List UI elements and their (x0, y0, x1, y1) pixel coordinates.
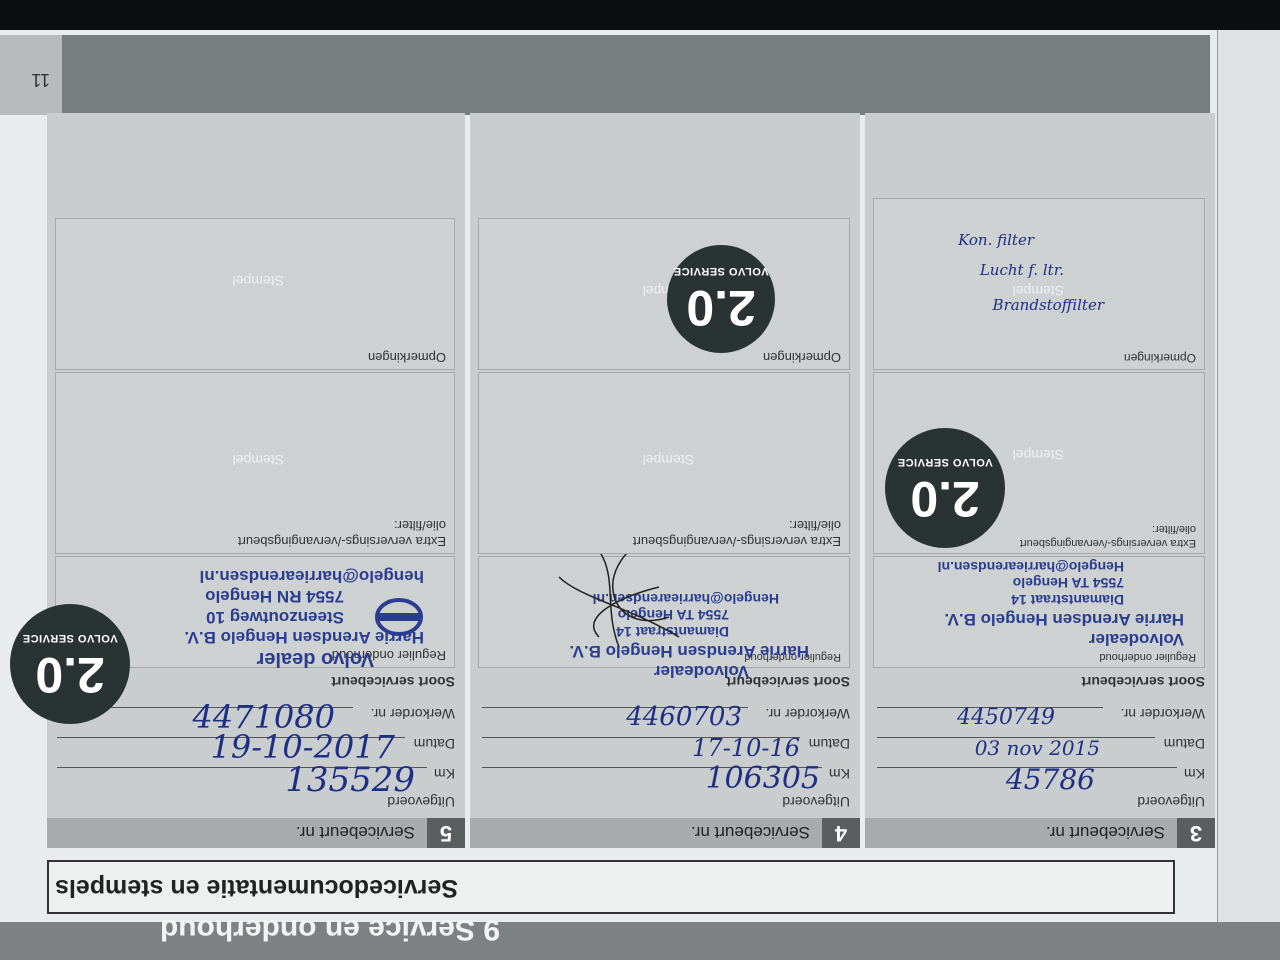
card-header: 3 Servicebeurt nr. (865, 818, 1215, 848)
stamp-line: 7554 TA Hengelo (938, 575, 1184, 592)
next-page-edge (1217, 30, 1280, 960)
card-header: 4 Servicebeurt nr. (470, 818, 860, 848)
service-card-3: 3 Servicebeurt nr. Uitgevoerd Km 45786 D… (865, 113, 1215, 848)
stamp-line: Volvo dealer (184, 647, 424, 671)
oil-filter-label: olie/filter: (1152, 523, 1196, 535)
stamp-placeholder: Stempel (1013, 447, 1064, 463)
remarks-label: Opmerkingen (1124, 351, 1196, 365)
executed-label: Uitgevoerd (1137, 794, 1205, 810)
page-number: 11 (31, 69, 50, 90)
page-title: Servicedocumentatie en stempels (55, 873, 458, 902)
service-card-5: 5 Servicebeurt nr. Uitgevoerd Km 135529 … (47, 113, 465, 848)
date-value: 17-10-16 (692, 734, 800, 762)
stamp-line: Diamantstraat 14 (938, 591, 1184, 608)
km-value: 106305 (705, 761, 820, 796)
badge-version: 2.0 (667, 283, 775, 333)
remark-line: Lucht f. ltr. (980, 261, 1064, 279)
stamp-line: Harrie Arendsen Hengelo B.V. (938, 608, 1184, 628)
stamp-placeholder: Stempel (233, 273, 284, 289)
extra-label: Extra verversings-/vervangingsbeurt (633, 534, 841, 549)
badge-label: VOLVO SERVICE (667, 265, 775, 277)
oil-filter-label: olie/filter: (789, 518, 841, 533)
regular-box: Regulier onderhoud Volvodealer Harrie Ar… (478, 556, 850, 668)
volvo-logo-icon (374, 597, 424, 637)
date-label: Datum (1164, 736, 1205, 752)
executed-label: Uitgevoerd (782, 794, 850, 810)
work-order-label: Werkorder nr. (765, 706, 850, 722)
work-order-label: Werkorder nr. (370, 706, 455, 722)
badge-version: 2.0 (885, 474, 1005, 524)
km-label: Km (829, 766, 850, 782)
service-number: 4 (822, 818, 860, 848)
badge-label: VOLVO SERVICE (10, 632, 130, 644)
card-header: 5 Servicebeurt nr. (47, 818, 465, 848)
volvo-service-badge: 2.0 VOLVO SERVICE (10, 604, 130, 724)
oil-filter-label: olie/filter: (394, 518, 446, 533)
km-value: 135529 (285, 760, 415, 800)
remarks-box: Opmerkingen Stempel (55, 218, 455, 370)
card-title: Servicebeurt nr. (691, 822, 810, 842)
regular-label: Regulier onderhoud (1099, 651, 1196, 663)
service-type-label: Soort servicebeurt (1081, 674, 1205, 690)
card-title: Servicebeurt nr. (1046, 822, 1165, 842)
work-order-value: 4471080 (192, 698, 335, 736)
service-card-4: 4 Servicebeurt nr. Uitgevoerd Km 106305 … (470, 113, 860, 848)
stamp-placeholder: Stempel (643, 452, 694, 468)
stamp-line: Volvodealer (569, 661, 809, 681)
km-value: 45786 (1006, 763, 1095, 796)
work-order-label: Werkorder nr. (1120, 706, 1205, 722)
stamp-line: Hengelo@harriearendsen.nl (938, 558, 1184, 575)
remark-line: Kon. filter (958, 231, 1034, 249)
service-type-label: Soort servicebeurt (331, 674, 455, 690)
service-number: 3 (1177, 818, 1215, 848)
section-header: 9 Service en onderhoud (160, 912, 500, 946)
dealer-stamp: Volvodealer Harrie Arendsen Hengelo B.V.… (938, 558, 1184, 649)
km-label: Km (1184, 766, 1205, 782)
card-title: Servicebeurt nr. (296, 822, 415, 842)
work-order-value: 4460703 (626, 702, 742, 732)
extra-label: Extra verversings-/vervangingsbeurt (238, 534, 446, 549)
footer-band (50, 35, 1210, 115)
stamp-line: Volvodealer (938, 629, 1184, 649)
badge-label: VOLVO SERVICE (885, 456, 1005, 468)
extra-box: Extra verversings-/vervangingsbeurt olie… (55, 372, 455, 554)
stamp-placeholder: Stempel (233, 452, 284, 468)
section-header-band: 9 Service en onderhoud (0, 922, 1280, 960)
volvo-service-badge: 2.0 VOLVO SERVICE (667, 245, 775, 353)
date-label: Datum (809, 736, 850, 752)
booklet-page: 9 Service en onderhoud Servicedocumentat… (0, 0, 1280, 960)
remarks-box: Opmerkingen Stempel (478, 218, 850, 370)
remarks-box: Opmerkingen Stempel Kon. filter Lucht f.… (873, 198, 1205, 370)
km-label: Km (434, 766, 455, 782)
remarks-label: Opmerkingen (368, 350, 446, 365)
stamp-line: hengelo@harriearendsen.nl (184, 565, 424, 585)
service-number: 5 (427, 818, 465, 848)
remarks-label: Opmerkingen (763, 350, 841, 365)
remark-line: Brandstoffilter (993, 296, 1104, 314)
extra-box: Extra verversings-/vervangingsbeurt olie… (478, 372, 850, 554)
date-value: 03 nov 2015 (975, 736, 1100, 760)
work-order-value: 4450749 (957, 705, 1055, 730)
badge-version: 2.0 (10, 650, 130, 700)
regular-box: Regulier onderhoud Volvodealer Harrie Ar… (873, 556, 1205, 668)
volvo-service-badge: 2.0 VOLVO SERVICE (885, 428, 1005, 548)
extra-label: Extra verversings-/vervangingsbeurt (1020, 537, 1196, 549)
date-label: Datum (414, 736, 455, 752)
